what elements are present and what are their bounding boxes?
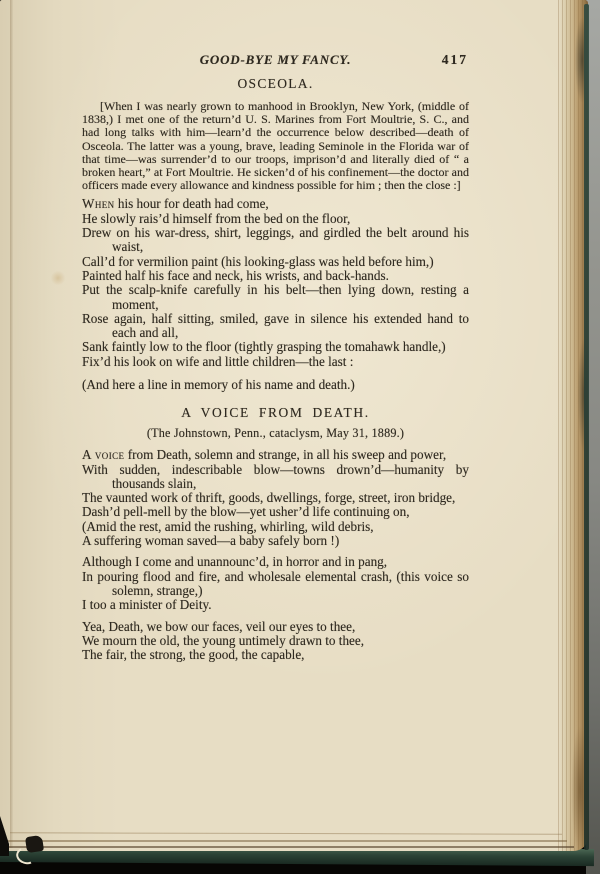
poem-line-text: The fair, the strong, the good, the capa…	[82, 647, 304, 662]
poem-line-text: A suffering woman saved—a baby safely bo…	[82, 533, 339, 548]
text-block: GOOD-BYE MY FANCY. 417 OSCEOLA. [When I …	[82, 52, 469, 662]
poem-preface: [When I was nearly grown to manhood in B…	[82, 100, 469, 192]
book-photo: { "page": { "running_header": "GOOD-BYE …	[0, 0, 600, 874]
poem-line: A suffering woman saved—a baby safely bo…	[82, 534, 469, 548]
gutter-fold	[10, 0, 13, 848]
poem-line: In pouring flood and fire, and wholesale…	[82, 570, 469, 599]
poem-line: Put the scalp-knife carefully in his bel…	[82, 283, 469, 312]
poem-line-lead: When	[82, 196, 115, 211]
stanza-2: Although I come and unannounc’d, in horr…	[82, 555, 469, 612]
poem-line: The fair, the strong, the good, the capa…	[82, 648, 469, 662]
paper-blemish	[50, 270, 66, 286]
page-bottom-edge	[5, 840, 567, 842]
poem-line: I too a minister of Deity.	[82, 598, 469, 612]
poem-line-text: Call’d for vermilion paint (his looking-…	[82, 254, 434, 269]
poem-line-text: from Death, solemn and strange, in all h…	[124, 447, 446, 462]
poem-line: The vaunted work of thrift, goods, dwell…	[82, 491, 469, 505]
poem-line: Rose again, half sitting, smiled, gave i…	[82, 312, 469, 341]
poem-line-text: We mourn the old, the young untimely dra…	[82, 633, 364, 648]
poem-line-text: Drew on his war-dress, shirt, leggings, …	[82, 225, 469, 254]
page-bottom-edge	[2, 846, 574, 848]
poem-line-text: The vaunted work of thrift, goods, dwell…	[82, 490, 455, 505]
stanza-3: Yea, Death, we bow our faces, veil our e…	[82, 620, 469, 663]
poem-line: Sank faintly low to the floor (tightly g…	[82, 340, 469, 354]
page-number: 417	[442, 52, 468, 68]
poem-line: When his hour for death had come,	[82, 197, 469, 211]
poem-line: Dash’d pell-mell by the blow—yet usher’d…	[82, 505, 469, 519]
poem-line-lead: A voice	[82, 447, 124, 462]
poem-line-text: I too a minister of Deity.	[82, 597, 212, 612]
poem-line-text: Put the scalp-knife carefully in his bel…	[82, 282, 469, 311]
poem-line-text: In pouring flood and fire, and wholesale…	[82, 569, 469, 598]
poem-coda: (And here a line in memory of his name a…	[82, 378, 469, 392]
poem-line: Painted half his face and neck, his wris…	[82, 269, 469, 283]
stanza-1: A voice from Death, solemn and strange, …	[82, 448, 469, 548]
poem-line-text: Although I come and unannounc’d, in horr…	[82, 554, 387, 569]
poem-line: With sudden, indescribable blow—towns dr…	[82, 463, 469, 492]
poem-title-osceola: OSCEOLA.	[82, 76, 469, 92]
poem-line: Fix’d his look on wife and little childr…	[82, 355, 469, 369]
poem-line: We mourn the old, the young untimely dra…	[82, 634, 469, 648]
poem-line: A voice from Death, solemn and strange, …	[82, 448, 469, 462]
poem-title-voice: A VOICE FROM DEATH.	[82, 405, 469, 421]
poem-line-text: Painted half his face and neck, his wris…	[82, 268, 389, 283]
poem-line: Call’d for vermilion paint (his looking-…	[82, 255, 469, 269]
poem-line-text: Rose again, half sitting, smiled, gave i…	[82, 311, 469, 340]
poem-line: Drew on his war-dress, shirt, leggings, …	[82, 226, 469, 255]
page-header: GOOD-BYE MY FANCY. 417	[82, 52, 469, 68]
poem-voice: A voice from Death, solemn and strange, …	[82, 448, 469, 662]
poem-line-text: With sudden, indescribable blow—towns dr…	[82, 462, 469, 491]
poem-line: Although I come and unannounc’d, in horr…	[82, 555, 469, 569]
poem-line-text: his hour for death had come,	[115, 196, 269, 211]
poem-line: Yea, Death, we bow our faces, veil our e…	[82, 620, 469, 634]
poem-line-text: (Amid the rest, amid the rushing, whirli…	[82, 519, 374, 534]
poem-line-text: Yea, Death, we bow our faces, veil our e…	[82, 619, 355, 634]
poem-line: He slowly rais’d himself from the bed on…	[82, 212, 469, 226]
poem-line: (Amid the rest, amid the rushing, whirli…	[82, 520, 469, 534]
poem-line-text: Sank faintly low to the floor (tightly g…	[82, 339, 446, 354]
poem-subtitle: (The Johnstown, Penn., cataclysm, May 31…	[82, 426, 469, 441]
poem-line-text: Fix’d his look on wife and little childr…	[82, 354, 353, 369]
running-header: GOOD-BYE MY FANCY.	[82, 52, 469, 68]
poem-line-text: Dash’d pell-mell by the blow—yet usher’d…	[82, 504, 410, 519]
poem-osceola: When his hour for death had come, He slo…	[82, 197, 469, 392]
cover-board-line	[584, 4, 589, 850]
poem-line-text: He slowly rais’d himself from the bed on…	[82, 211, 350, 226]
